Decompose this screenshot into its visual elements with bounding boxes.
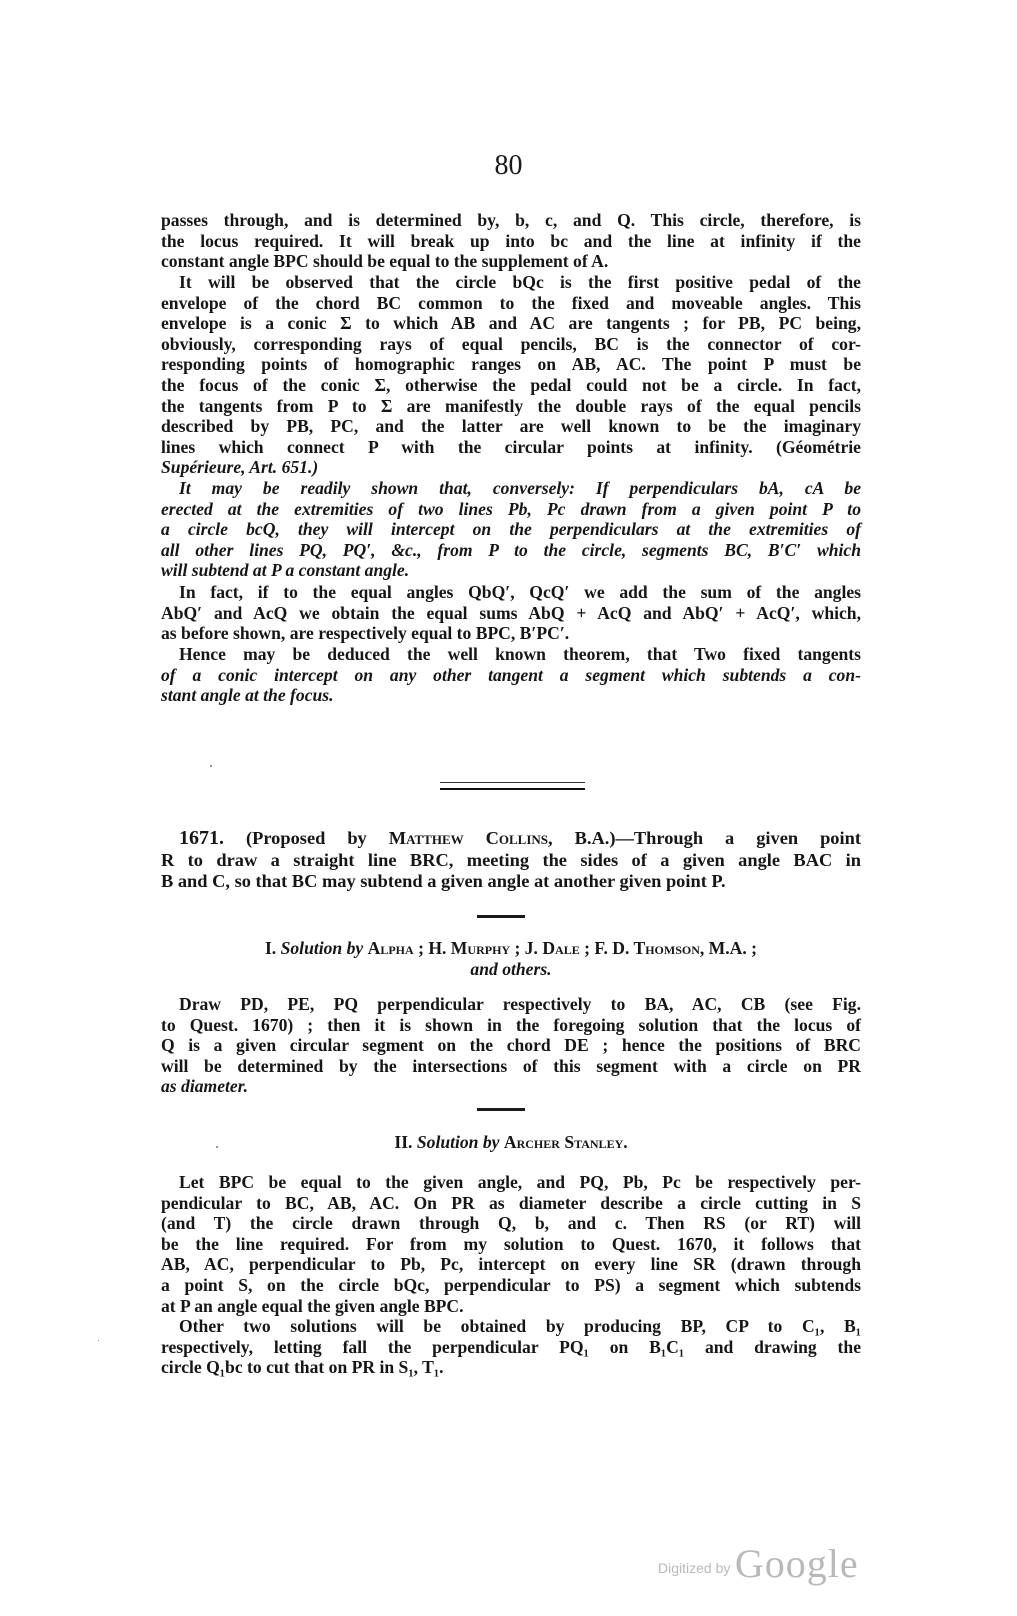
solution-1-heading: I. Solution by Alpha ; H. Murphy ; J. Da… xyxy=(161,938,861,980)
text-line: a circle bcQ, they will intercept on the… xyxy=(161,519,861,540)
solution-by-label: Solution by xyxy=(417,1132,500,1152)
text-line: at P an angle equal the given angle BPC. xyxy=(161,1296,861,1317)
text-line: responding points of homographic ranges … xyxy=(161,354,861,375)
text-line: AB, AC, perpendicular to Pb, Pc, interce… xyxy=(161,1254,861,1275)
text-line: Other two solutions will be obtained by … xyxy=(161,1316,861,1337)
proposer-name: Matthew Collins, B.A. xyxy=(389,828,610,848)
short-divider xyxy=(477,1108,525,1111)
text-line: will subtend at P a constant angle. xyxy=(161,560,861,581)
proposer-suffix: )—Through a given point xyxy=(609,828,861,848)
text-line: obviously, corresponding rays of equal p… xyxy=(161,334,861,355)
text-line: the locus required. It will break up int… xyxy=(161,231,861,252)
text-line: circle Q₁bc to cut that on PR in S₁, T₁. xyxy=(161,1357,861,1378)
text-line: pendicular to BC, AB, AC. On PR as diame… xyxy=(161,1193,861,1214)
text-line: It may be readily shown that, conversely… xyxy=(161,478,861,499)
solution-authors: Archer Stanley. xyxy=(504,1132,628,1152)
text-line: B and C, so that BC may subtend a given … xyxy=(161,871,861,893)
text-line: respectively, letting fall the perpendic… xyxy=(161,1337,861,1358)
text-line: Q is a given circular segment on the cho… xyxy=(161,1035,861,1056)
solution-numeral: II. xyxy=(394,1132,412,1152)
text-line: the focus of the conic Σ, otherwise the … xyxy=(161,375,861,396)
and-others: and others. xyxy=(161,959,861,980)
text-line: a point S, on the circle bQc, perpendicu… xyxy=(161,1275,861,1296)
text-line: constant angle BPC should be equal to th… xyxy=(161,251,861,272)
text-line: described by PB, PC, and the latter are … xyxy=(161,416,861,437)
text-line: Let BPC be equal to the given angle, and… xyxy=(161,1172,861,1193)
question-number: 1671. xyxy=(179,827,224,849)
scan-speck xyxy=(210,765,212,767)
scan-speck xyxy=(98,1340,99,1341)
solution-1-title: I. Solution by Alpha ; H. Murphy ; J. Da… xyxy=(161,938,861,959)
text-line: Supérieure, Art. 651.) xyxy=(161,457,861,478)
text-line: be the line required. For from my soluti… xyxy=(161,1234,861,1255)
solution-by-label: Solution by xyxy=(281,938,364,958)
question-1671: 1671. (Proposed by Matthew Collins, B.A.… xyxy=(161,828,861,893)
text-line: will be determined by the intersections … xyxy=(161,1056,861,1077)
solution-2-title: II. Solution by Archer Stanley. xyxy=(161,1132,861,1153)
text-line: erected at the extremities of two lines … xyxy=(161,499,861,520)
text-line: lines which connect P with the circular … xyxy=(161,437,861,458)
text-line: envelope of the chord BC common to the f… xyxy=(161,293,861,314)
proposer-prefix: (Proposed by xyxy=(246,828,367,848)
text-line: Hence may be deduced the well known theo… xyxy=(161,644,861,665)
theorem-paragraph: Hence may be deduced the well known theo… xyxy=(161,644,861,706)
short-divider xyxy=(477,915,525,918)
text-line: Draw PD, PE, PQ perpendicular respective… xyxy=(161,994,861,1015)
solution-2-body: Let BPC be equal to the given angle, and… xyxy=(161,1172,861,1316)
text-line: (and T) the circle drawn through Q, b, a… xyxy=(161,1213,861,1234)
text-line: In fact, if to the equal angles QbQ′, Qc… xyxy=(161,582,861,603)
text-line: It will be observed that the circle bQc … xyxy=(161,272,861,293)
solution-2-other-solutions: Other two solutions will be obtained by … xyxy=(161,1316,861,1378)
text-line: passes through, and is determined by, b,… xyxy=(161,210,861,231)
text-line: R to draw a straight line BRC, meeting t… xyxy=(161,850,861,872)
converse-paragraph: It may be readily shown that, conversely… xyxy=(161,478,861,581)
digitized-by-google-watermark: Digitized by Google xyxy=(658,1540,859,1587)
text-line: envelope is a conic Σ to which AB and AC… xyxy=(161,313,861,334)
question-first-line: 1671. (Proposed by Matthew Collins, B.A.… xyxy=(161,828,861,850)
text-line: all other lines PQ, PQ′, &c., from P to … xyxy=(161,540,861,561)
text-line: of a conic intercept on any other tangen… xyxy=(161,665,861,686)
text-line: to Quest. 1670) ; then it is shown in th… xyxy=(161,1015,861,1036)
text-line: as diameter. xyxy=(161,1076,861,1097)
continuation-paragraph: passes through, and is determined by, b,… xyxy=(161,210,861,272)
solution-2-heading: II. Solution by Archer Stanley. xyxy=(161,1132,861,1153)
google-logo-text: Google xyxy=(735,1541,859,1586)
text-line: the tangents from P to Σ are manifestly … xyxy=(161,396,861,417)
proof-paragraph: In fact, if to the equal angles QbQ′, Qc… xyxy=(161,582,861,644)
text-line: AbQ′ and AcQ we obtain the equal sums Ab… xyxy=(161,603,861,624)
text-line: stant angle at the focus. xyxy=(161,685,861,706)
watermark-prefix: Digitized by xyxy=(658,1560,730,1576)
text-line: as before shown, are respectively equal … xyxy=(161,623,861,644)
section-divider xyxy=(440,782,585,790)
solution-authors: Alpha ; H. Murphy ; J. Dale ; F. D. Thom… xyxy=(368,938,757,958)
observation-paragraph: It will be observed that the circle bQc … xyxy=(161,272,861,478)
solution-1-body: Draw PD, PE, PQ perpendicular respective… xyxy=(161,994,861,1097)
page-number: 80 xyxy=(0,150,1017,182)
solution-numeral: I. xyxy=(265,938,276,958)
